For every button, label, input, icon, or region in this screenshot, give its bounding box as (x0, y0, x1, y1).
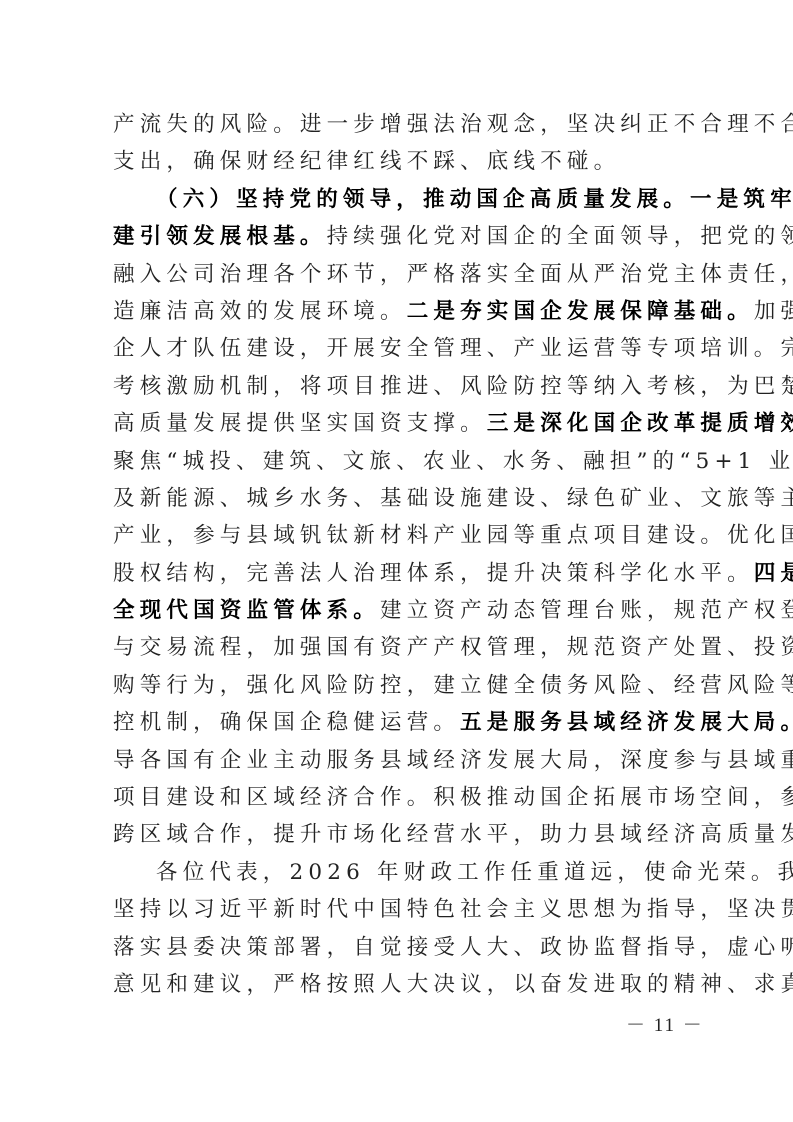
text-line: 跨区域合作，提升市场化经营水平，助力县域经济高质量发展。 (113, 816, 685, 853)
body-text-segment: 产流失的风险。进一步增强法治观念，坚决纠正不合理不合规 (113, 112, 793, 137)
body-text-segment: 造廉洁高效的发展环境。 (113, 299, 407, 324)
text-line: 坚持以习近平新时代中国特色社会主义思想为指导，坚决贯彻 (113, 891, 685, 928)
text-line: 融入公司治理各个环节，严格落实全面从严治党主体责任，营 (113, 256, 685, 293)
bold-heading-segment: 五是服务县域经济发展大局。 (460, 710, 793, 735)
bold-heading-segment: 二是夯实国企发展保障基础。 (407, 299, 754, 324)
bold-heading-segment: 全现代国资监管体系。 (113, 598, 380, 623)
text-line: 支出，确保财经纪律红线不踩、底线不碰。 (113, 143, 685, 180)
body-text-segment: 考核激励机制，将项目推进、风险防控等纳入考核，为巴楚县 (113, 374, 793, 399)
body-text-segment: 各位代表，2026 年财政工作任重道远，使命光荣。我们将 (156, 860, 793, 885)
document-body: 产流失的风险。进一步增强法治观念，坚决纠正不合理不合规支出，确保财经纪律红线不踩… (113, 106, 685, 1003)
body-text-segment: 产业，参与县域钒钛新材料产业园等重点项目建设。优化国企 (113, 523, 793, 548)
text-line: 聚焦“城投、建筑、文旅、农业、水务、融担”的“5+1 业务板块” (113, 443, 685, 480)
text-line: 各位代表，2026 年财政工作任重道远，使命光荣。我们将 (113, 854, 685, 891)
text-line: 控机制，确保国企稳健运营。五是服务县域经济发展大局。引 (113, 704, 685, 741)
body-text-segment: 高质量发展提供坚实国资支撑。 (113, 411, 487, 436)
text-line: 建引领发展根基。持续强化党对国企的全面领导，把党的领导 (113, 218, 685, 255)
body-text-segment: 跨区域合作，提升市场化经营水平，助力县域经济高质量发展。 (113, 822, 793, 847)
body-text-segment: 股权结构，完善法人治理体系，提升决策科学化水平。 (113, 561, 754, 586)
page-number: － 11 － (626, 1010, 704, 1037)
body-text-segment: 建立资产动态管理台账，规范产权登记 (380, 598, 793, 623)
body-text-segment: 控机制，确保国企稳健运营。 (113, 710, 460, 735)
text-line: 产业，参与县域钒钛新材料产业园等重点项目建设。优化国企 (113, 517, 685, 554)
text-line: 导各国有企业主动服务县域经济发展大局，深度参与县域重点 (113, 742, 685, 779)
text-line: 项目建设和区域经济合作。积极推动国企拓展市场空间，参与 (113, 779, 685, 816)
text-line: 落实县委决策部署，自觉接受人大、政协监督指导，虚心听取 (113, 929, 685, 966)
text-line: 考核激励机制，将项目推进、风险防控等纳入考核，为巴楚县 (113, 368, 685, 405)
text-line: 股权结构，完善法人治理体系，提升决策科学化水平。四是健 (113, 555, 685, 592)
text-line: （六）坚持党的领导，推动国企高质量发展。一是筑牢党 (113, 181, 685, 218)
text-line: 及新能源、城乡水务、基础设施建设、绿色矿业、文旅等主导 (113, 480, 685, 517)
body-text-segment: 购等行为，强化风险防控，建立健全债务风险、经营风险等防 (113, 673, 793, 698)
body-text-segment: 融入公司治理各个环节，严格落实全面从严治党主体责任，营 (113, 262, 793, 287)
bold-heading-segment: （六）坚持党的领导，推动国企高质量发展。一是筑牢党 (156, 187, 793, 212)
bold-heading-segment: 三是深化国企改革提质增效。 (487, 411, 793, 436)
body-text-segment: 企人才队伍建设，开展安全管理、产业运营等专项培训。完善 (113, 336, 793, 361)
text-line: 与交易流程，加强国有资产产权管理，规范资产处置、投资并 (113, 629, 685, 666)
text-line: 意见和建议，严格按照人大决议，以奋发进取的精神、求真务 (113, 966, 685, 1003)
body-text-segment: 与交易流程，加强国有资产产权管理，规范资产处置、投资并 (113, 635, 793, 660)
text-line: 造廉洁高效的发展环境。二是夯实国企发展保障基础。加强国 (113, 293, 685, 330)
body-text-segment: 项目建设和区域经济合作。积极推动国企拓展市场空间，参与 (113, 785, 793, 810)
bold-heading-segment: 四是健 (754, 561, 793, 586)
body-text-segment: 持续强化党对国企的全面领导，把党的领导 (327, 224, 793, 249)
body-text-segment: 导各国有企业主动服务县域经济发展大局，深度参与县域重点 (113, 748, 793, 773)
body-text-segment: 落实县委决策部署，自觉接受人大、政协监督指导，虚心听取 (113, 935, 793, 960)
body-text-segment: 坚持以习近平新时代中国特色社会主义思想为指导，坚决贯彻 (113, 897, 793, 922)
body-text-segment: 聚焦“城投、建筑、文旅、农业、水务、融担”的“5+1 业务板块” (113, 449, 793, 474)
body-text-segment: 及新能源、城乡水务、基础设施建设、绿色矿业、文旅等主导 (113, 486, 793, 511)
text-line: 全现代国资监管体系。建立资产动态管理台账，规范产权登记 (113, 592, 685, 629)
body-text-segment: 意见和建议，严格按照人大决议，以奋发进取的精神、求真务 (113, 972, 793, 997)
text-line: 购等行为，强化风险防控，建立健全债务风险、经营风险等防 (113, 667, 685, 704)
text-line: 产流失的风险。进一步增强法治观念，坚决纠正不合理不合规 (113, 106, 685, 143)
text-line: 高质量发展提供坚实国资支撑。三是深化国企改革提质增效。 (113, 405, 685, 442)
body-text-segment: 支出，确保财经纪律红线不踩、底线不碰。 (113, 149, 620, 174)
body-text-segment: 加强国 (754, 299, 793, 324)
bold-heading-segment: 建引领发展根基。 (113, 224, 327, 249)
text-line: 企人才队伍建设，开展安全管理、产业运营等专项培训。完善 (113, 330, 685, 367)
